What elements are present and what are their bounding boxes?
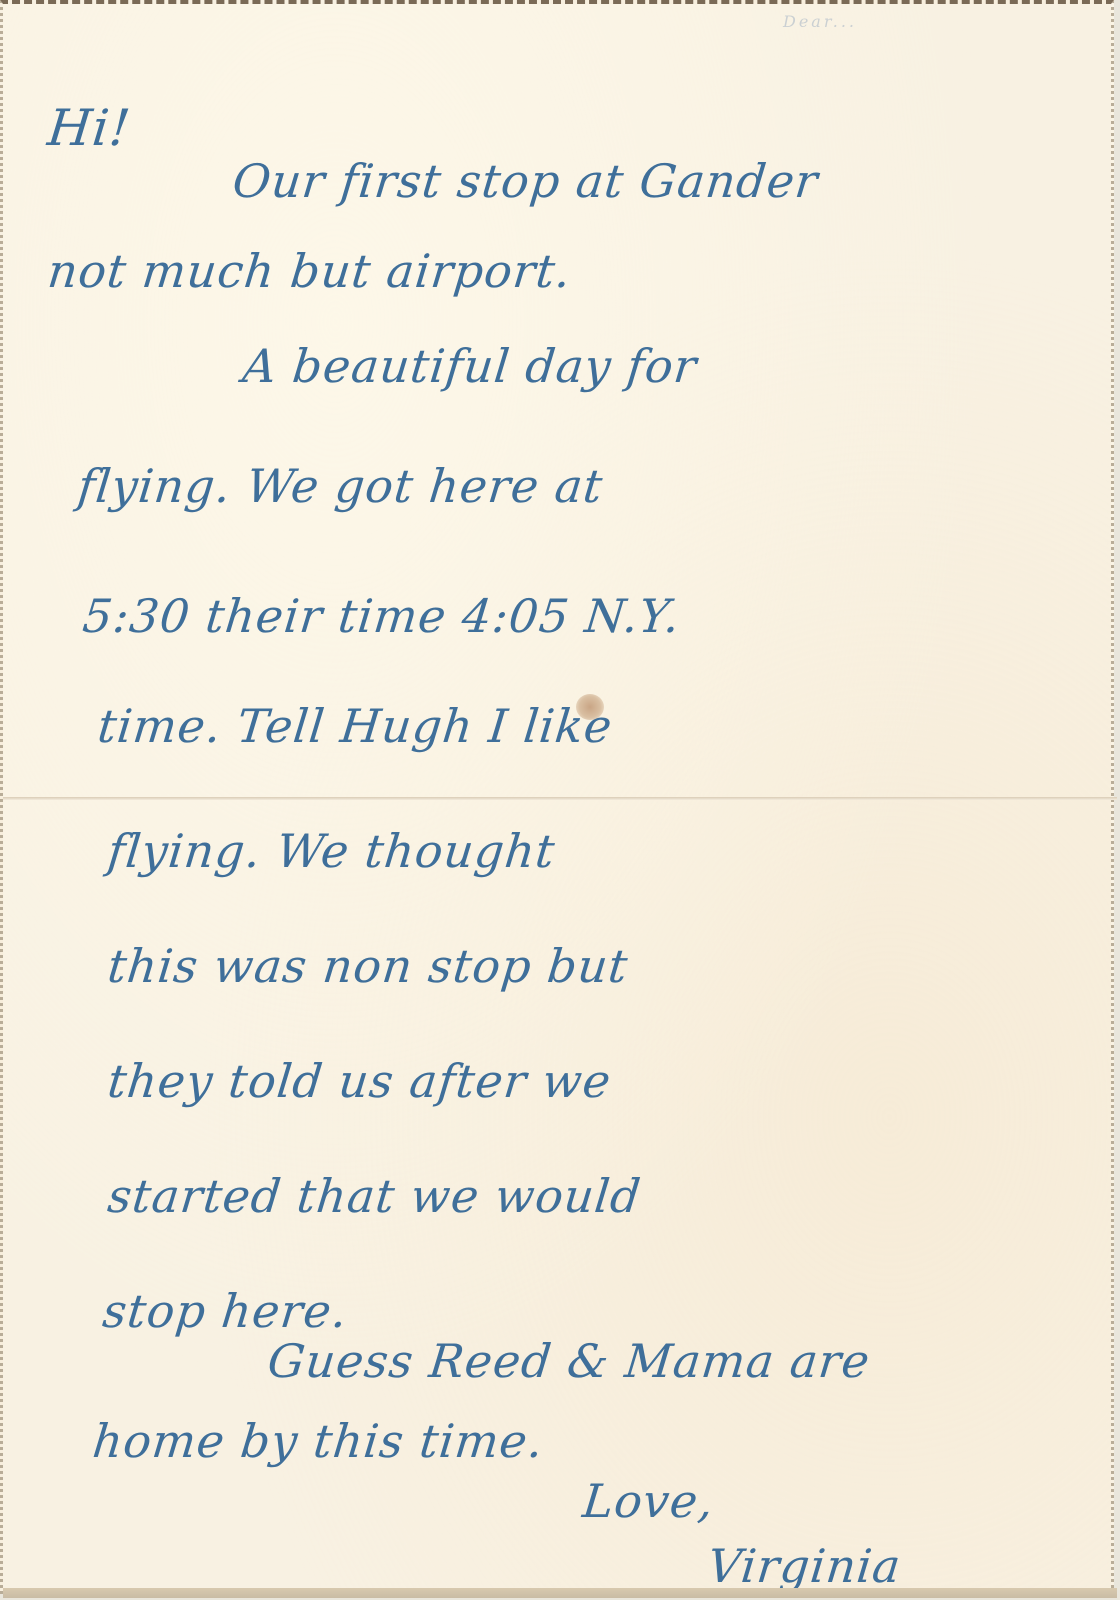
bottom-edge: [3, 1588, 1117, 1598]
letter-line: flying. We thought: [105, 824, 558, 878]
letter-line: this was non stop but: [105, 939, 631, 993]
letter-line: Guess Reed & Mama are: [265, 1334, 873, 1388]
letter-line: flying. We got here at: [75, 459, 606, 513]
letter-line: 5:30 their time 4:05 N.Y.: [80, 589, 683, 643]
letter-line: stop here.: [100, 1284, 350, 1338]
letter-line: Our first stop at Gander: [230, 154, 821, 208]
letter-line: A beautiful day for: [240, 339, 700, 393]
letter-line: time. Tell Hugh I like: [95, 699, 615, 753]
letter-line: they told us after we: [105, 1054, 614, 1108]
signature: Virginia: [705, 1539, 904, 1593]
letter-paper: Dear... Hi! Our first stop at Gander not…: [0, 0, 1114, 1594]
letter-line: not much but airport.: [45, 244, 574, 298]
greeting: Hi!: [45, 99, 134, 157]
paper-fold: [3, 797, 1117, 800]
letter-line: home by this time.: [90, 1414, 546, 1468]
letter-line: started that we would: [105, 1169, 644, 1223]
faint-pencil-mark: Dear...: [783, 12, 857, 31]
closing: Love,: [580, 1474, 717, 1528]
paper-stain: [576, 694, 604, 720]
